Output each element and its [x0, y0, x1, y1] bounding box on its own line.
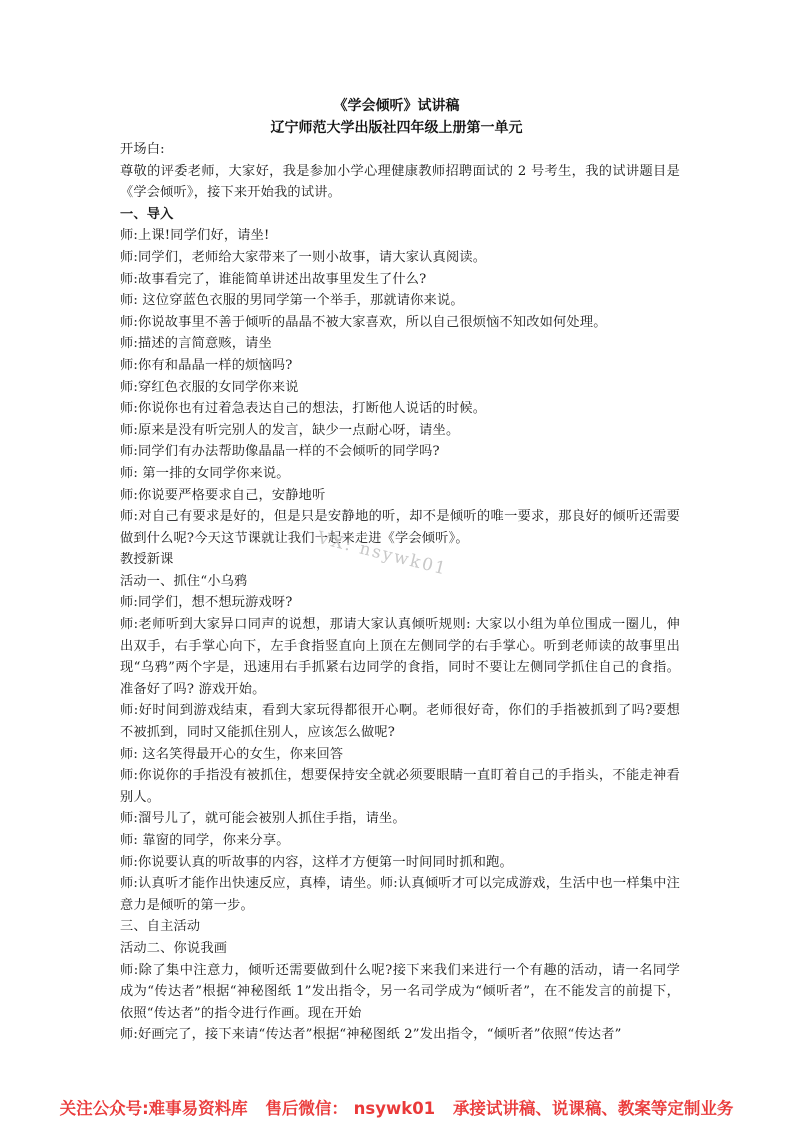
paragraph: 师:老师听到大家异口同声的说想，那请大家认真倾听规则: 大家以小组为单位围成一圈…	[120, 614, 680, 700]
paragraph: 师:同学们有办法帮助像晶晶一样的不会倾听的同学吗?	[120, 441, 680, 463]
paragraph: 活动二、你说我画	[120, 938, 680, 960]
paragraph: 师:原来是没有听完别人的发言，缺少一点耐心呀，请坐。	[120, 420, 680, 442]
paragraph: 师:同学们，想不想玩游戏呀?	[120, 592, 680, 614]
paragraph: 师:你说你也有过着急表达自己的想法，打断他人说话的时候。	[120, 398, 680, 420]
paragraph: 师: 这名笑得最开心的女生，你来回答	[120, 744, 680, 766]
paragraph: 师:你说故事里不善于倾听的晶晶不被大家喜欢，所以自己很烦恼不知改如何处理。	[120, 312, 680, 334]
document-subtitle: 辽宁师范大学出版社四年级上册第一单元	[0, 118, 793, 138]
paragraph: 师:溜号儿了，就可能会被别人抓住手指，请坐。	[120, 808, 680, 830]
paragraph: 师:认真听才能作出快速反应，真棒，请坐。师:认真倾听才可以完成游戏，生活中也一样…	[120, 873, 680, 916]
paragraph: 师:你说你的手指没有被抓住，想要保持安全就必须要眼睛一直盯着自己的手指头，不能走…	[120, 765, 680, 808]
paragraph: 师:你说要认真的听故事的内容，这样才方便第一时间同时抓和跑。	[120, 852, 680, 874]
paragraph: 尊敬的评委老师，大家好，我是参加小学心理健康教师招聘面试的 2 号考生，我的试讲…	[120, 161, 680, 204]
section-heading: 一、导入	[120, 204, 680, 226]
document-page: 《学会倾听》试讲稿 辽宁师范大学出版社四年级上册第一单元 开场白:尊敬的评委老师…	[0, 0, 793, 1122]
paragraph: 师: 靠窗的同学，你来分享。	[120, 830, 680, 852]
paragraph: 三、自主活动	[120, 916, 680, 938]
paragraph: 师:对自己有要求是好的，但是只是安静地的听，却不是倾听的唯一要求，那良好的倾听还…	[120, 506, 680, 549]
paragraph: 师:好画完了，接下来请“传达者”根据“神秘图纸 2”发出指令，“倾听者”依照“传…	[120, 1024, 680, 1046]
paragraph: 师:你说要严格要求自己，安静地听	[120, 485, 680, 507]
paragraph: 师:上课!同学们好，请坐!	[120, 225, 680, 247]
paragraph: 师:故事看完了，谁能简单讲述出故事里发生了什么?	[120, 269, 680, 291]
paragraph: 师:穿红色衣服的女同学你来说	[120, 377, 680, 399]
paragraph: 师:好时间到游戏结束，看到大家玩得都很开心啊。老师很好奇，你们的手指被抓到了吗?…	[120, 700, 680, 743]
paragraph: 师: 这位穿蓝色衣服的男同学第一个举手，那就请你来说。	[120, 290, 680, 312]
footer-banner: 关注公众号:难事易资料库 售后微信： nsywk01 承接试讲稿、说课稿、教案等…	[0, 1096, 793, 1122]
footer-services: 承接试讲稿、说课稿、教案等定制业务	[453, 1099, 734, 1118]
footer-wechat-account: 关注公众号:难事易资料库	[60, 1099, 248, 1118]
paragraph: 师:同学们，老师给大家带来了一则小故事，请大家认真阅读。	[120, 247, 680, 269]
paragraph: 活动一、抓住“小乌鸦	[120, 571, 680, 593]
paragraph: 师:描述的言简意赅，请坐	[120, 333, 680, 355]
paragraph: 师:除了集中注意力，倾听还需要做到什么呢?接下来我们来进行一个有趣的活动，请一名…	[120, 960, 680, 1025]
paragraph: 教授新课	[120, 549, 680, 571]
document-title: 《学会倾听》试讲稿	[0, 96, 793, 116]
document-body: 开场白:尊敬的评委老师，大家好，我是参加小学心理健康教师招聘面试的 2 号考生，…	[120, 139, 680, 1046]
paragraph: 师:你有和晶晶一样的烦恼吗?	[120, 355, 680, 377]
paragraph: 师: 第一排的女同学你来说。	[120, 463, 680, 485]
footer-aftersales-wechat: 售后微信： nsywk01	[265, 1099, 435, 1118]
paragraph: 开场白:	[120, 139, 680, 161]
